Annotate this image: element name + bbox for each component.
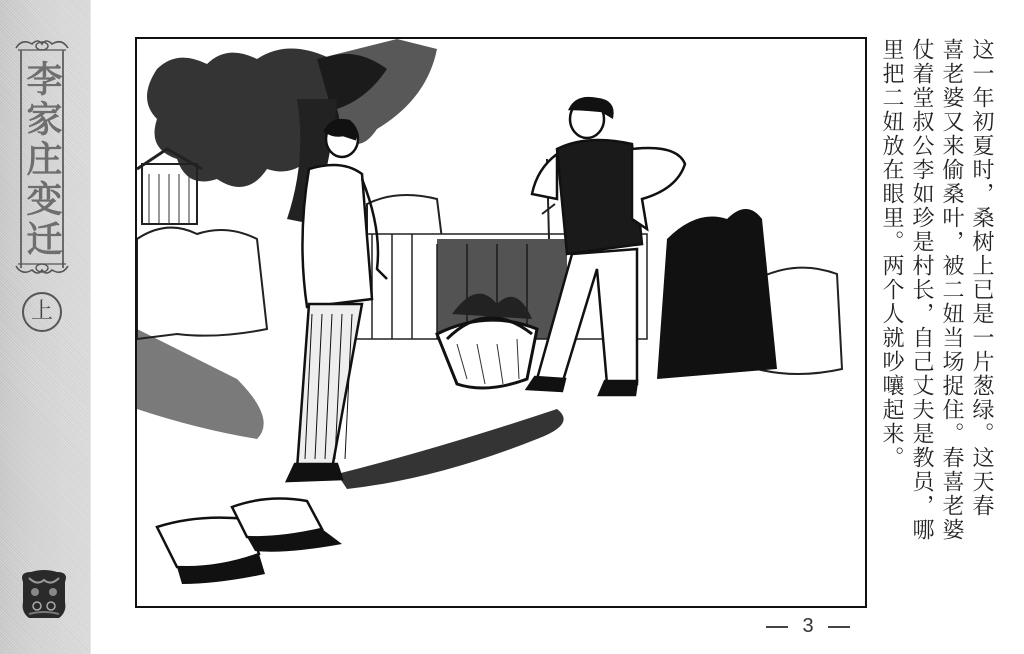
page-number-value: 3 [802,615,813,637]
caption-column: 喜老婆又来偷桑叶，被二妞当场捉住。春喜老婆 [936,38,966,618]
illustration-drawing [137,39,865,606]
dash-left [766,626,788,628]
book-title: 李家庄变迁 [22,60,62,260]
book-sidebar: 李家庄变迁 上 [0,0,91,654]
dash-right [828,626,850,628]
caption-column: 仗着堂叔公李如珍是村长，自己丈夫是教员，哪 [906,38,936,618]
story-caption: 这一年初夏时，桑树上已是一片葱绿。这天春 喜老婆又来偷桑叶，被二妞当场捉住。春喜… [876,38,996,618]
volume-badge: 上 [22,292,62,332]
story-illustration [135,37,867,608]
ornamental-mask-icon [15,568,73,626]
caption-column: 里把二妞放在眼里。两个人就吵嚷起来。 [876,38,906,618]
page-number: 3 [748,615,868,638]
caption-column: 这一年初夏时，桑树上已是一片葱绿。这天春 [966,38,996,618]
title-ornament-bottom-icon [14,262,70,278]
